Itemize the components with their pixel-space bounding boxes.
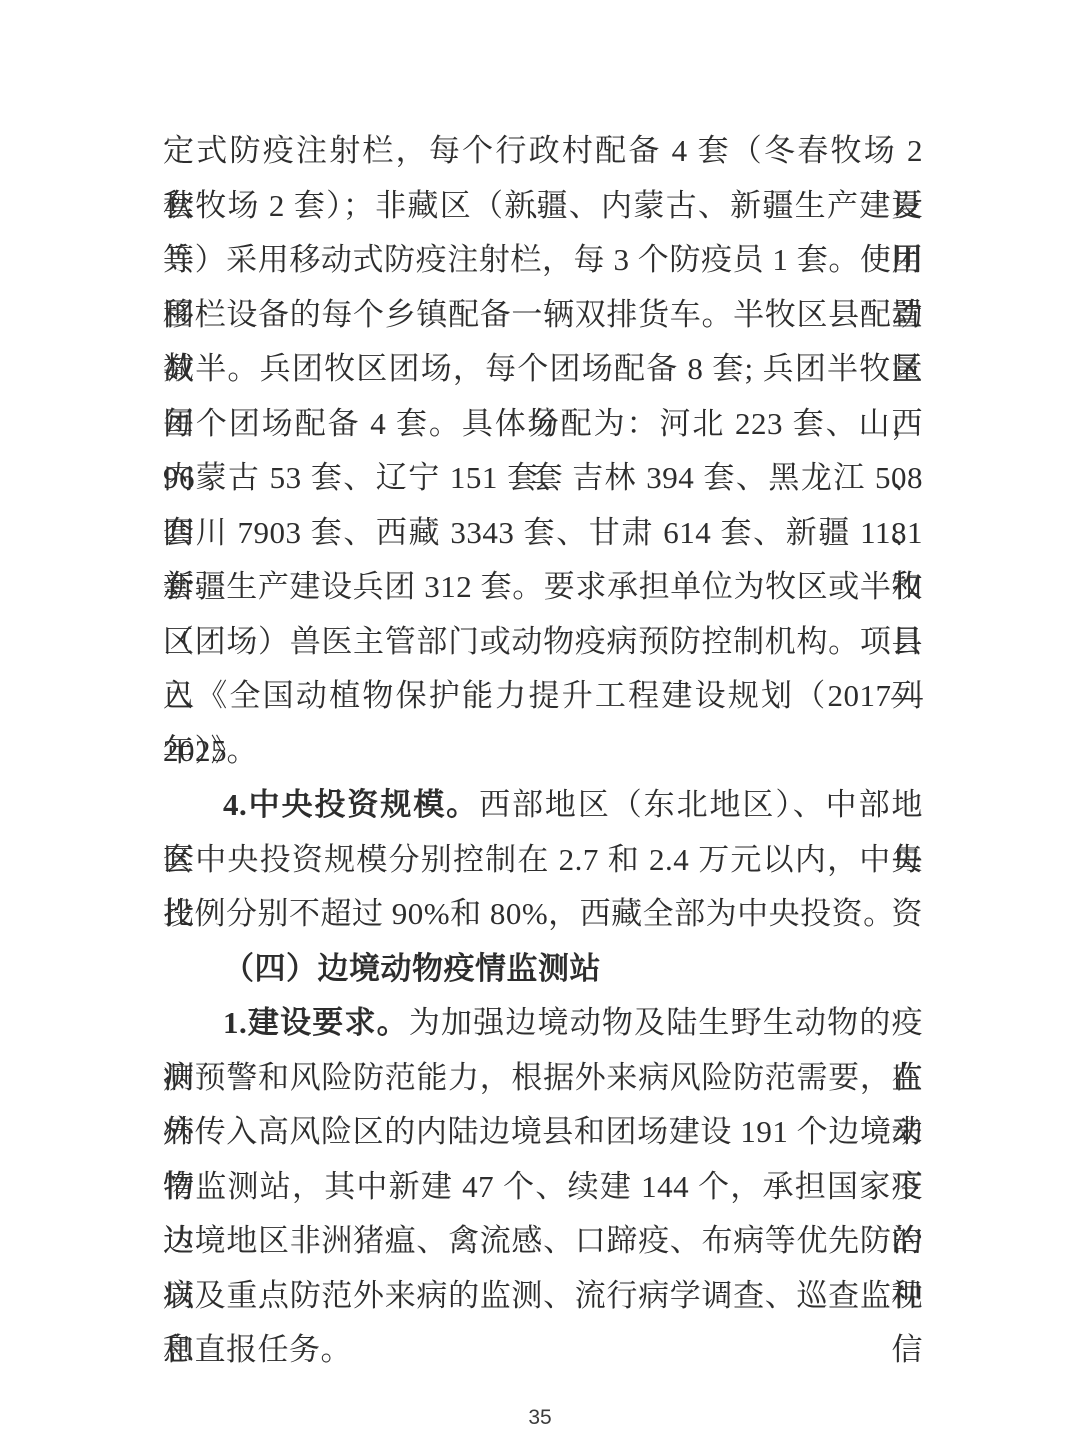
text-run: 比例分别不超过 90%和 80%，西藏全部为中央投资。 (163, 896, 895, 931)
document-text-block: 定式防疫注射栏，每个行政村配备 4 套（冬春牧场 2 套、夏秋牧场 2 套）；非… (163, 124, 923, 1378)
bold-text-run: （四）边境动物疫情监测站 (223, 951, 601, 986)
text-line-heading: 4.中央投资规模。西部地区（东北地区）、中部地区每 (163, 778, 923, 833)
text-line: 等）采用移动式防疫注射栏，每 3 个防疫员 1 套。使用移动 (163, 233, 923, 288)
text-line: 以及重点防范外来病的监测、流行病学调查、巡查监视和信 (163, 1269, 923, 1324)
text-line: 新疆生产建设兵团 312 套。要求承担单位为牧区或半牧区县 (163, 560, 923, 615)
text-line: 围栏设备的每个乡镇配备一辆双排货车。半牧区县配置数量 (163, 288, 923, 343)
text-line: 减半。兵团牧区团场，每个团场配备 8 套; 兵团半牧区团场， (163, 342, 923, 397)
text-line: 边境地区非洲猪瘟、禽流感、口蹄疫、布病等优先防治病种 (163, 1214, 923, 1269)
text-line: 内蒙古 53 套、辽宁 151 套、吉林 394 套、黑龙江 508 套、 (163, 451, 923, 506)
text-line: 每个团场配备 4 套。具体分配为：河北 223 套、山西 96 套、 (163, 397, 923, 452)
text-line: 套中央投资规模分别控制在 2.7 和 2.4 万元以内，中央投资 (163, 833, 923, 888)
bold-text-run: 1.建设要求。 (223, 1005, 409, 1040)
text-line: 比例分别不超过 90%和 80%，西藏全部为中央投资。 (163, 887, 923, 942)
bold-text-run: 4.中央投资规模。 (223, 787, 479, 822)
text-run: 息直报任务。 (163, 1332, 352, 1367)
text-line-heading: （四）边境动物疫情监测站 (163, 942, 923, 997)
text-run: 年）》。 (163, 733, 258, 768)
text-line: 年）》。 (163, 724, 923, 779)
text-line: 病传入高风险区的内陆边境县和团场建设 191 个边境动物疫 (163, 1105, 923, 1160)
text-line: 入《全国动植物保护能力提升工程建设规划（2017—2025 (163, 669, 923, 724)
text-line: 测预警和风险防范能力，根据外来病风险防范需要，在外来 (163, 1051, 923, 1106)
text-line: （团场）兽医主管部门或动物疫病预防控制机构。项目已列 (163, 615, 923, 670)
document-page: 定式防疫注射栏，每个行政村配备 4 套（冬春牧场 2 套、夏秋牧场 2 套）；非… (0, 0, 1080, 1442)
text-line-heading: 1.建设要求。为加强边境动物及陆生野生动物的疫病监 (163, 996, 923, 1051)
text-line: 情监测站，其中新建 47 个、续建 144 个，承担国家下达的 (163, 1160, 923, 1215)
text-line: 四川 7903 套、西藏 3343 套、甘肃 614 套、新疆 1181 套和 (163, 506, 923, 561)
text-line: 定式防疫注射栏，每个行政村配备 4 套（冬春牧场 2 套、夏 (163, 124, 923, 179)
text-line: 秋牧场 2 套）；非藏区（新疆、内蒙古、新疆生产建设兵团 (163, 179, 923, 234)
page-number: 35 (0, 1406, 1080, 1430)
